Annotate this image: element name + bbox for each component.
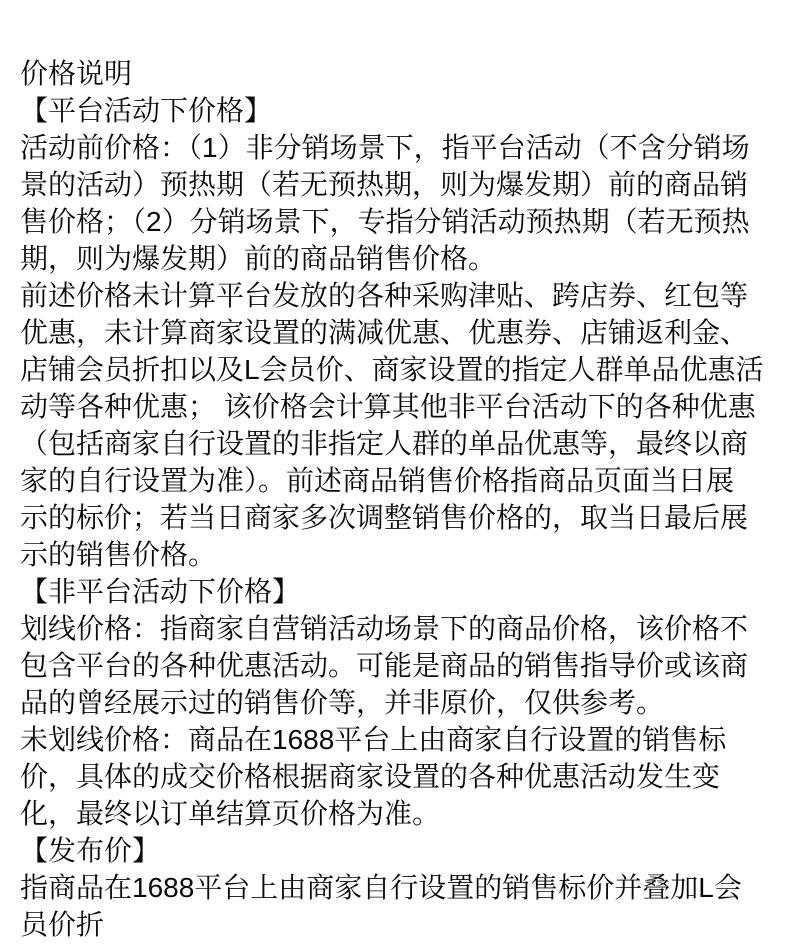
text-line: 优惠，未计算商家设置的满减优惠、优惠券、店铺返利金、 — [20, 314, 776, 351]
text-line: 价，具体的成交价格根据商家设置的各种优惠活动发生变 — [20, 758, 776, 795]
price-description-document: 价格说明 【平台活动下价格】 活动前价格：（1）非分销场景下，指平台活动（不含分… — [0, 0, 790, 943]
text-line: 期，则为爆发期）前的商品销售价格。 — [20, 240, 776, 277]
text-line: 示的标价；若当日商家多次调整销售价格的，取当日最后展 — [20, 499, 776, 536]
section-heading: 【非平台活动下价格】 — [20, 573, 776, 610]
text-line: 活动前价格：（1）非分销场景下，指平台活动（不含分销场 — [20, 129, 776, 166]
text-line: 包含平台的各种优惠活动。可能是商品的销售指导价或该商 — [20, 647, 776, 684]
text-line: 指商品在1688平台上由商家自行设置的销售标价并叠加L会 — [20, 869, 776, 906]
text-line: 动等各种优惠； 该价格会计算其他非平台活动下的各种优惠 — [20, 388, 776, 425]
text-line: 前述价格未计算平台发放的各种采购津贴、跨店券、红包等 — [20, 277, 776, 314]
text-line: 化，最终以订单结算页价格为准。 — [20, 795, 776, 832]
text-line: 划线价格：指商家自营销活动场景下的商品价格，该价格不 — [20, 610, 776, 647]
section-heading: 【平台活动下价格】 — [20, 92, 776, 129]
text-line: 员价折 — [20, 906, 776, 943]
text-line: 示的销售价格。 — [20, 536, 776, 573]
text-line: 售价格；（2）分销场景下，专指分销活动预热期（若无预热 — [20, 203, 776, 240]
text-line: 家的自行设置为准）。前述商品销售价格指商品页面当日展 — [20, 462, 776, 499]
text-line: 品的曾经展示过的销售价等，并非原价，仅供参考。 — [20, 684, 776, 721]
text-line: 店铺会员折扣以及L会员价、商家设置的指定人群单品优惠活 — [20, 351, 776, 388]
doc-title: 价格说明 — [20, 55, 776, 92]
text-line: （包括商家自行设置的非指定人群的单品优惠等，最终以商 — [20, 425, 776, 462]
section-heading: 【发布价】 — [20, 832, 776, 869]
text-line: 未划线价格：商品在1688平台上由商家自行设置的销售标 — [20, 721, 776, 758]
text-line: 景的活动）预热期（若无预热期，则为爆发期）前的商品销 — [20, 166, 776, 203]
